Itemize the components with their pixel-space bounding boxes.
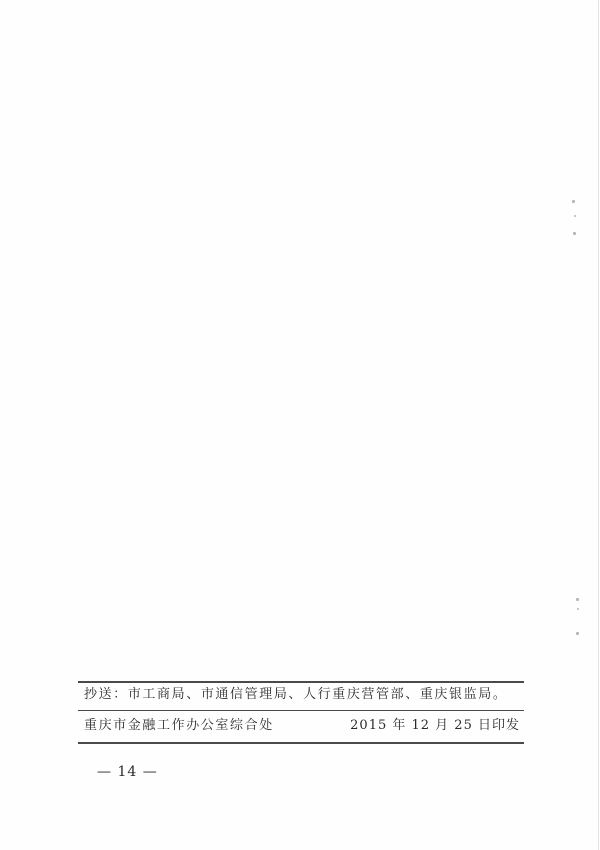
scan-mark (572, 200, 575, 203)
footer-bottom-rule (78, 742, 524, 744)
cc-recipients: 市工商局、市通信管理局、人行重庆营管部、重庆银监局。 (128, 687, 508, 702)
footer-middle-rule (78, 710, 524, 711)
footer-top-rule (78, 681, 524, 683)
scan-mark (573, 232, 576, 235)
cc-line: 抄送：市工商局、市通信管理局、人行重庆营管部、重庆银监局。 (84, 684, 507, 706)
scan-mark (576, 632, 579, 635)
scan-mark (576, 598, 579, 601)
cc-label: 抄送： (84, 687, 128, 702)
scan-mark (577, 608, 579, 610)
issuer: 重庆市金融工作办公室综合处 (84, 715, 274, 737)
scan-mark (574, 215, 576, 217)
page-number: — 14 — (97, 762, 158, 782)
scan-edge-line (598, 0, 599, 850)
document-page: 抄送：市工商局、市通信管理局、人行重庆营管部、重庆银监局。 重庆市金融工作办公室… (0, 0, 600, 850)
print-date: 2015 年 12 月 25 日印发 (350, 715, 520, 737)
